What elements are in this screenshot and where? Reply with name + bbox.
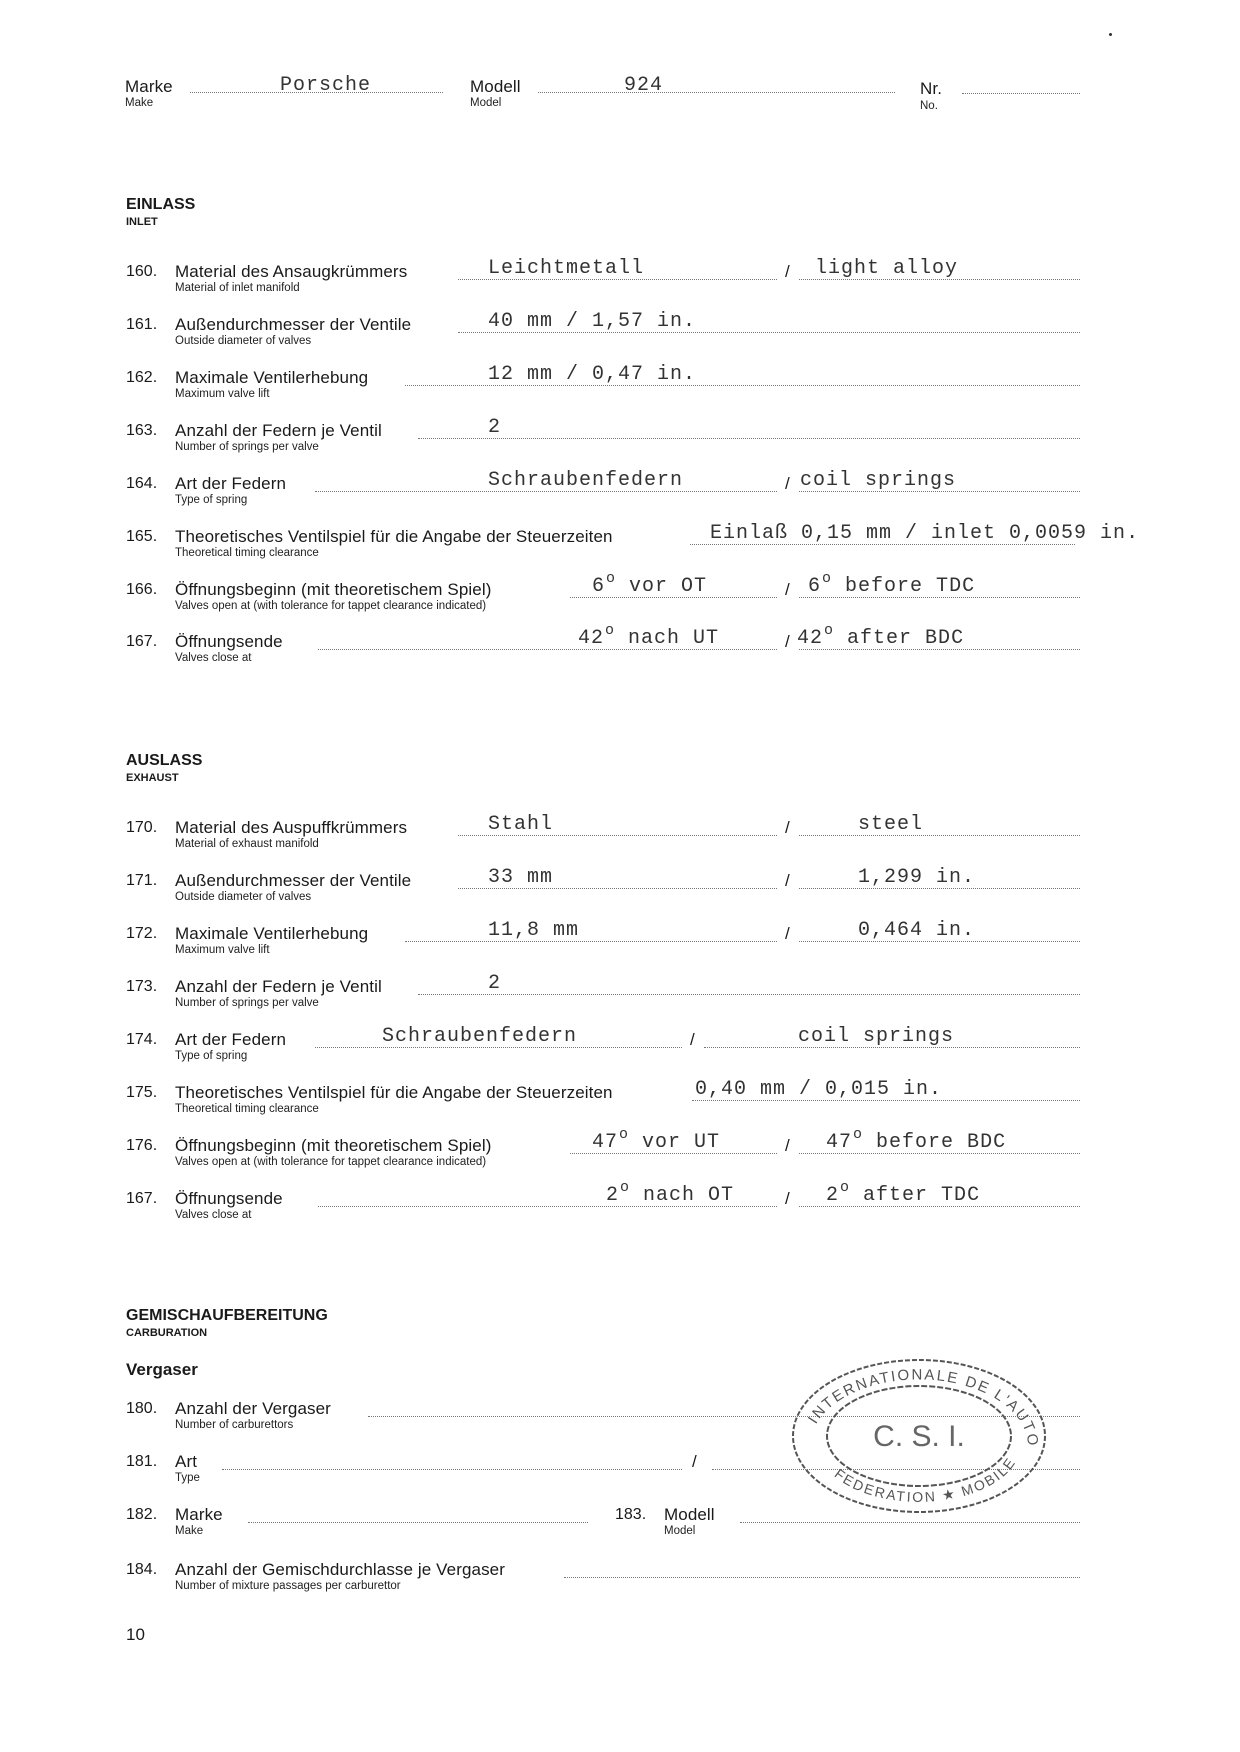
mixture-passages-field[interactable] xyxy=(564,1577,1080,1578)
timing-reference: nach UT xyxy=(628,627,719,650)
item-number: 174. xyxy=(126,1031,157,1049)
item-label: Theoretisches Ventilspiel für die Angabe… xyxy=(175,1083,613,1103)
item-number: 183. xyxy=(615,1506,646,1524)
item-value-en[interactable]: coil springs xyxy=(798,1025,954,1048)
item-label: Maximale Ventilerhebung xyxy=(175,924,368,944)
item-sublabel: Number of springs per valve xyxy=(175,441,319,453)
item-sublabel: Number of carburettors xyxy=(175,1419,293,1431)
carburettor-group-heading: Vergaser xyxy=(126,1360,198,1380)
item-label: Anzahl der Vergaser xyxy=(175,1399,331,1419)
item-number: 162. xyxy=(126,369,157,387)
item-sublabel: Maximum valve lift xyxy=(175,388,270,400)
separator: / xyxy=(785,1189,790,1209)
item-value-de[interactable]: Schraubenfedern xyxy=(488,469,683,492)
item-label: Art der Federn xyxy=(175,474,286,494)
item-label: Maximale Ventilerhebung xyxy=(175,368,368,388)
item-sublabel: Type of spring xyxy=(175,1050,247,1062)
item-number: 176. xyxy=(126,1137,157,1155)
item-number: 160. xyxy=(126,263,157,281)
separator: / xyxy=(692,1452,697,1472)
item-number: 164. xyxy=(126,475,157,493)
item-value-de[interactable]: 33 mm xyxy=(488,866,553,889)
item-number: 171. xyxy=(126,872,157,890)
svg-text:FEDERATION ★ MOBILE: FEDERATION ★ MOBILE xyxy=(832,1454,1019,1505)
item-sublabel: Theoretical timing clearance xyxy=(175,1103,319,1115)
value-field-de[interactable] xyxy=(405,941,777,942)
item-sublabel: Theoretical timing clearance xyxy=(175,547,319,559)
item-value-en[interactable]: 6o before TDC xyxy=(808,575,975,598)
item-value[interactable]: 12 mm / 0,47 in. xyxy=(488,363,696,386)
item-label: Außendurchmesser der Ventile xyxy=(175,315,411,335)
item-label: Öffnungsbeginn (mit theoretischem Spiel) xyxy=(175,580,491,600)
item-value-de[interactable]: Schraubenfedern xyxy=(382,1025,577,1048)
number-label: Nr. xyxy=(920,79,942,99)
item-label: Material des Auspuffkrümmers xyxy=(175,818,407,838)
make-sublabel: Make xyxy=(125,97,153,109)
item-label: Marke xyxy=(175,1505,223,1525)
make-label: Marke xyxy=(125,77,173,97)
degree-icon: o xyxy=(620,1179,630,1196)
item-label: Art xyxy=(175,1452,197,1472)
item-label: Öffnungsende xyxy=(175,632,283,652)
degree-icon: o xyxy=(853,1126,863,1143)
make-value[interactable]: Porsche xyxy=(280,74,371,97)
item-number: 182. xyxy=(126,1506,157,1524)
separator: / xyxy=(785,474,790,494)
separator: / xyxy=(785,924,790,944)
carburettor-make-field[interactable] xyxy=(248,1522,588,1523)
item-label: Öffnungsende xyxy=(175,1189,283,1209)
timing-reference: after TDC xyxy=(863,1184,980,1207)
item-number: 163. xyxy=(126,422,157,440)
degree-value: 2 xyxy=(826,1184,839,1207)
item-label: Anzahl der Gemischdurchlasse je Vergaser xyxy=(175,1560,505,1580)
section-title-inlet: EINLASS xyxy=(126,196,195,214)
section-subtitle-exhaust: EXHAUST xyxy=(126,772,179,784)
separator: / xyxy=(690,1030,695,1050)
item-sublabel: Type xyxy=(175,1472,200,1484)
item-number: 172. xyxy=(126,925,157,943)
item-value-en[interactable]: 47o before BDC xyxy=(826,1131,1006,1154)
item-value-de[interactable]: Stahl xyxy=(488,813,553,836)
value-field-en[interactable] xyxy=(799,835,1080,836)
item-label: Außendurchmesser der Ventile xyxy=(175,871,411,891)
degree-value: 6 xyxy=(808,575,821,598)
item-number: 180. xyxy=(126,1400,157,1418)
timing-reference: vor UT xyxy=(642,1131,720,1154)
timing-reference: before TDC xyxy=(845,575,975,598)
timing-reference: before BDC xyxy=(876,1131,1006,1154)
page-number: 10 xyxy=(126,1625,145,1645)
item-label: Anzahl der Federn je Ventil xyxy=(175,421,382,441)
item-number: 161. xyxy=(126,316,157,334)
model-value[interactable]: 924 xyxy=(624,74,663,97)
separator: / xyxy=(785,632,790,652)
value-field[interactable] xyxy=(418,438,1080,439)
item-label: Material des Ansaugkrümmers xyxy=(175,262,407,282)
item-value[interactable]: Einlaß 0,15 mm / inlet 0,0059 in. xyxy=(710,522,1139,545)
item-label: Theoretisches Ventilspiel für die Angabe… xyxy=(175,527,613,547)
item-value-de[interactable]: 2o nach OT xyxy=(606,1184,734,1207)
item-number: 173. xyxy=(126,978,157,996)
degree-icon: o xyxy=(606,570,616,587)
timing-reference: nach OT xyxy=(643,1184,734,1207)
item-sublabel: Outside diameter of valves xyxy=(175,891,311,903)
separator: / xyxy=(785,871,790,891)
separator: / xyxy=(785,818,790,838)
section-title-carburation: GEMISCHAUFBEREITUNG xyxy=(126,1307,328,1325)
degree-value: 47 xyxy=(592,1131,618,1154)
item-sublabel: Number of mixture passages per carburett… xyxy=(175,1580,401,1592)
separator: / xyxy=(785,262,790,282)
item-number: 165. xyxy=(126,528,157,546)
degree-value: 6 xyxy=(592,575,605,598)
item-value-en[interactable]: steel xyxy=(858,813,923,836)
csi-stamp: INTERNATIONALE DE L'AUTO FEDERATION ★ MO… xyxy=(788,1354,1050,1516)
item-sublabel: Number of springs per valve xyxy=(175,997,319,1009)
item-value[interactable]: 2 xyxy=(488,416,501,439)
svg-text:C. S. I.: C. S. I. xyxy=(873,1420,965,1453)
model-sublabel: Model xyxy=(470,97,501,109)
item-number: 181. xyxy=(126,1453,157,1471)
scan-speck xyxy=(1109,33,1112,36)
degree-icon: o xyxy=(822,570,832,587)
item-number: 175. xyxy=(126,1084,157,1102)
degree-icon: o xyxy=(840,1179,850,1196)
item-label: Modell xyxy=(664,1505,715,1525)
degree-value: 42 xyxy=(797,627,823,650)
degree-value: 47 xyxy=(826,1131,852,1154)
section-title-exhaust: AUSLASS xyxy=(126,752,202,770)
model-label: Modell xyxy=(470,77,521,97)
degree-value: 2 xyxy=(606,1184,619,1207)
item-value-en[interactable]: 42o after BDC xyxy=(797,627,964,650)
item-label: Art der Federn xyxy=(175,1030,286,1050)
item-number: 166. xyxy=(126,581,157,599)
item-value-en[interactable]: 1,299 in. xyxy=(858,866,975,889)
stamp-icon: INTERNATIONALE DE L'AUTO FEDERATION ★ MO… xyxy=(788,1354,1050,1516)
separator: / xyxy=(785,580,790,600)
item-sublabel: Valves open at (with tolerance for tappe… xyxy=(175,1156,486,1168)
item-number: 167. xyxy=(126,1190,157,1208)
number-sublabel: No. xyxy=(920,100,938,112)
item-value-de[interactable]: 6o vor OT xyxy=(592,575,707,598)
section-subtitle-carburation: CARBURATION xyxy=(126,1327,207,1339)
item-value-en[interactable]: light alloy xyxy=(815,257,958,280)
item-sublabel: Valves close at xyxy=(175,1209,252,1221)
item-value-en[interactable]: 2o after TDC xyxy=(826,1184,980,1207)
section-subtitle-inlet: INLET xyxy=(126,216,158,228)
item-number: 170. xyxy=(126,819,157,837)
degree-icon: o xyxy=(619,1126,629,1143)
value-field[interactable] xyxy=(418,994,1080,995)
degree-icon: o xyxy=(605,622,615,639)
item-label: Anzahl der Federn je Ventil xyxy=(175,977,382,997)
item-sublabel: Material of inlet manifold xyxy=(175,282,300,294)
item-number: 167. xyxy=(126,633,157,651)
item-value-de[interactable]: 42o nach UT xyxy=(578,627,719,650)
separator: / xyxy=(785,1136,790,1156)
item-value[interactable]: 0,40 mm / 0,015 in. xyxy=(695,1078,942,1101)
item-number: 184. xyxy=(126,1561,157,1579)
item-value[interactable]: 40 mm / 1,57 in. xyxy=(488,310,696,333)
item-label: Öffnungsbeginn (mit theoretischem Spiel) xyxy=(175,1136,491,1156)
item-sublabel: Type of spring xyxy=(175,494,247,506)
item-sublabel: Valves open at (with tolerance for tappe… xyxy=(175,600,486,612)
item-sublabel: Outside diameter of valves xyxy=(175,335,311,347)
item-sublabel: Material of exhaust manifold xyxy=(175,838,319,850)
item-value-en[interactable]: 0,464 in. xyxy=(858,919,975,942)
item-value-de[interactable]: 47o vor UT xyxy=(592,1131,720,1154)
item-value[interactable]: 2 xyxy=(488,972,501,995)
degree-value: 42 xyxy=(578,627,604,650)
item-sublabel: Make xyxy=(175,1525,203,1537)
timing-reference: after BDC xyxy=(847,627,964,650)
timing-reference: vor OT xyxy=(629,575,707,598)
item-sublabel: Valves close at xyxy=(175,652,252,664)
item-sublabel: Model xyxy=(664,1525,695,1537)
carburettor-model-field[interactable] xyxy=(740,1522,1080,1523)
degree-icon: o xyxy=(824,622,834,639)
item-value-en[interactable]: coil springs xyxy=(800,469,956,492)
item-sublabel: Maximum valve lift xyxy=(175,944,270,956)
item-value-de[interactable]: 11,8 mm xyxy=(488,919,579,942)
item-value-de[interactable]: Leichtmetall xyxy=(488,257,644,280)
carburettor-type-field-de[interactable] xyxy=(222,1469,682,1470)
